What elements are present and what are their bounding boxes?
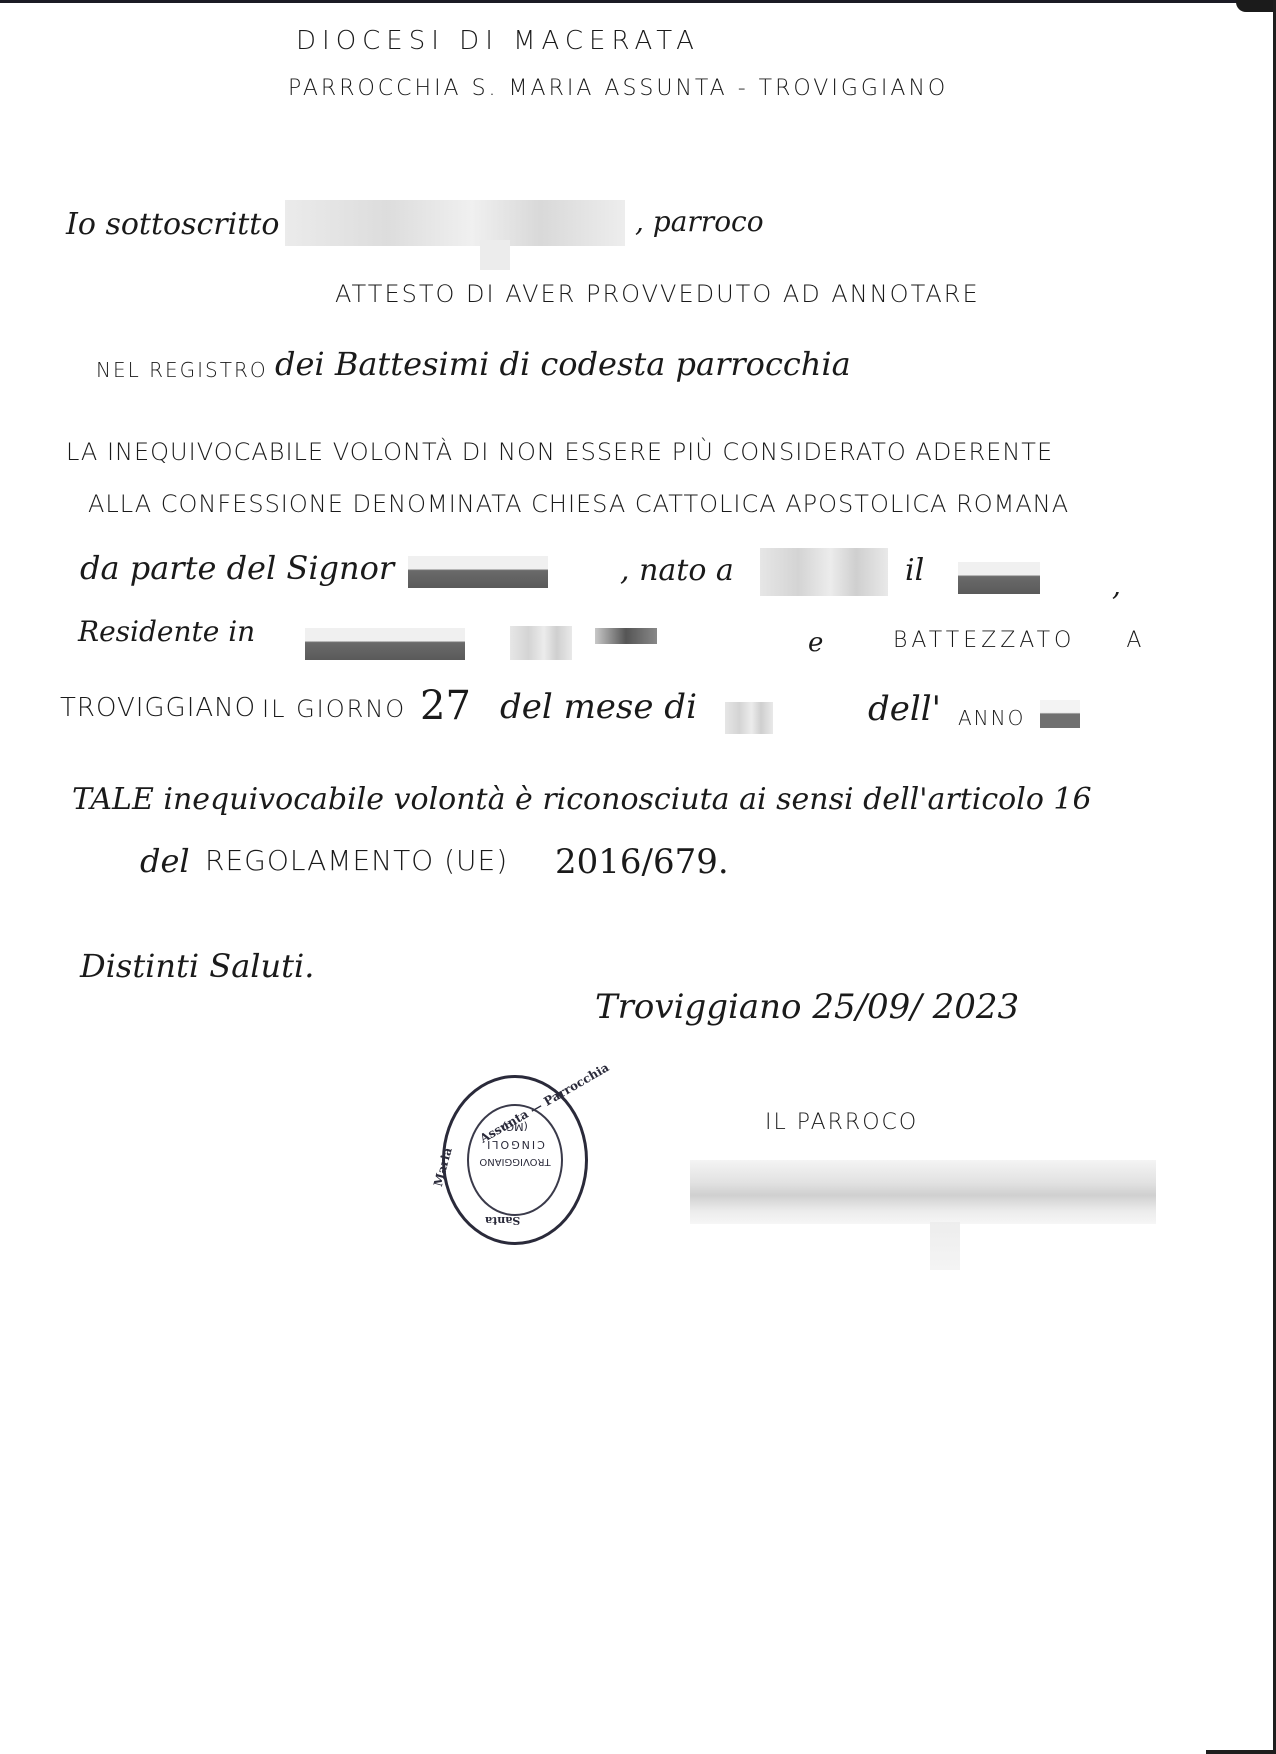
on-label: il: [905, 556, 924, 586]
stamp-inner-line-2: CINGOLI: [469, 1138, 561, 1151]
redacted-address: [305, 628, 465, 660]
diocese-heading: DIOCESI DI MACERATA: [296, 28, 700, 54]
baptized-e: e: [808, 630, 823, 656]
parish-heading: PARROCCHIA S. MARIA ASSUNTA - TROVIGGIAN…: [288, 78, 948, 100]
baptized-label: BATTEZZATO A: [893, 630, 1145, 652]
stamp-outer-left: Maria: [431, 1146, 455, 1188]
day-value: 27: [420, 686, 471, 726]
gdpr-line-2-caps: REGOLAMENTO (UE): [205, 847, 508, 875]
place-date: Troviggiano 25/09/ 2023: [595, 990, 1019, 1024]
gdpr-line-2-ref: 2016/679.: [555, 845, 729, 879]
gdpr-line-1: TALE inequivocabile volontà è riconosciu…: [72, 785, 1092, 815]
redacted-signature-tail: [930, 1222, 960, 1270]
trailing-comma: ,: [1112, 572, 1121, 600]
day-label: IL GIORNO: [262, 697, 406, 721]
greeting: Distinti Saluti.: [80, 950, 314, 982]
redacted-address-number: [510, 626, 572, 660]
stamp-inner-line-3: (MC): [469, 1120, 561, 1133]
year-caps: ANNO: [958, 708, 1025, 728]
redacted-birth-date: [958, 562, 1040, 594]
resident-label: Residente in: [78, 618, 255, 646]
redacted-signature: [690, 1160, 1156, 1224]
scan-border-top-right: [1236, 0, 1276, 12]
will-line-2: ALLA CONFESSIONE DENOMINATA CHIESA CATTO…: [88, 492, 1069, 516]
attest-line: ATTESTO DI AVER PROVVEDUTO AD ANNOTARE: [335, 282, 980, 306]
baptism-place: TROVIGGIANO: [60, 695, 256, 721]
stamp-inner-line-1: TROVIGGIANO: [469, 1156, 561, 1167]
year-script: dell': [868, 692, 941, 726]
redacted-month: [725, 702, 773, 734]
scan-border-top: [0, 0, 1276, 3]
redacted-signor-name: [408, 556, 548, 588]
from-prefix: da parte del Signor: [80, 552, 394, 584]
register-caps: NEL REGISTRO: [96, 360, 268, 380]
redacted-birthplace: [760, 548, 888, 596]
redacted-address-extra: [595, 628, 657, 644]
parish-stamp: Assunta — Parrocchia Maria Santa (MC) CI…: [442, 1075, 588, 1245]
stamp-inner-ring: (MC) CINGOLI TROVIGGIANO: [467, 1104, 563, 1216]
scan-border-bottom: [1206, 1750, 1276, 1754]
intro-prefix: Io sottoscritto: [66, 210, 279, 240]
signature-title: IL PARROCO: [765, 1112, 918, 1134]
redacted-priest-name: [285, 200, 625, 246]
redacted-priest-name-tail: [480, 240, 510, 270]
month-label: del mese di: [500, 690, 697, 724]
born-label: , nato a: [620, 556, 734, 586]
gdpr-line-2-prefix: del: [140, 845, 190, 877]
will-line-1: LA INEQUIVOCABILE VOLONTÀ DI NON ESSERE …: [66, 440, 1053, 464]
redacted-year: [1040, 700, 1080, 728]
register-script: dei Battesimi di codesta parrocchia: [275, 348, 851, 380]
intro-suffix: , parroco: [635, 208, 764, 236]
